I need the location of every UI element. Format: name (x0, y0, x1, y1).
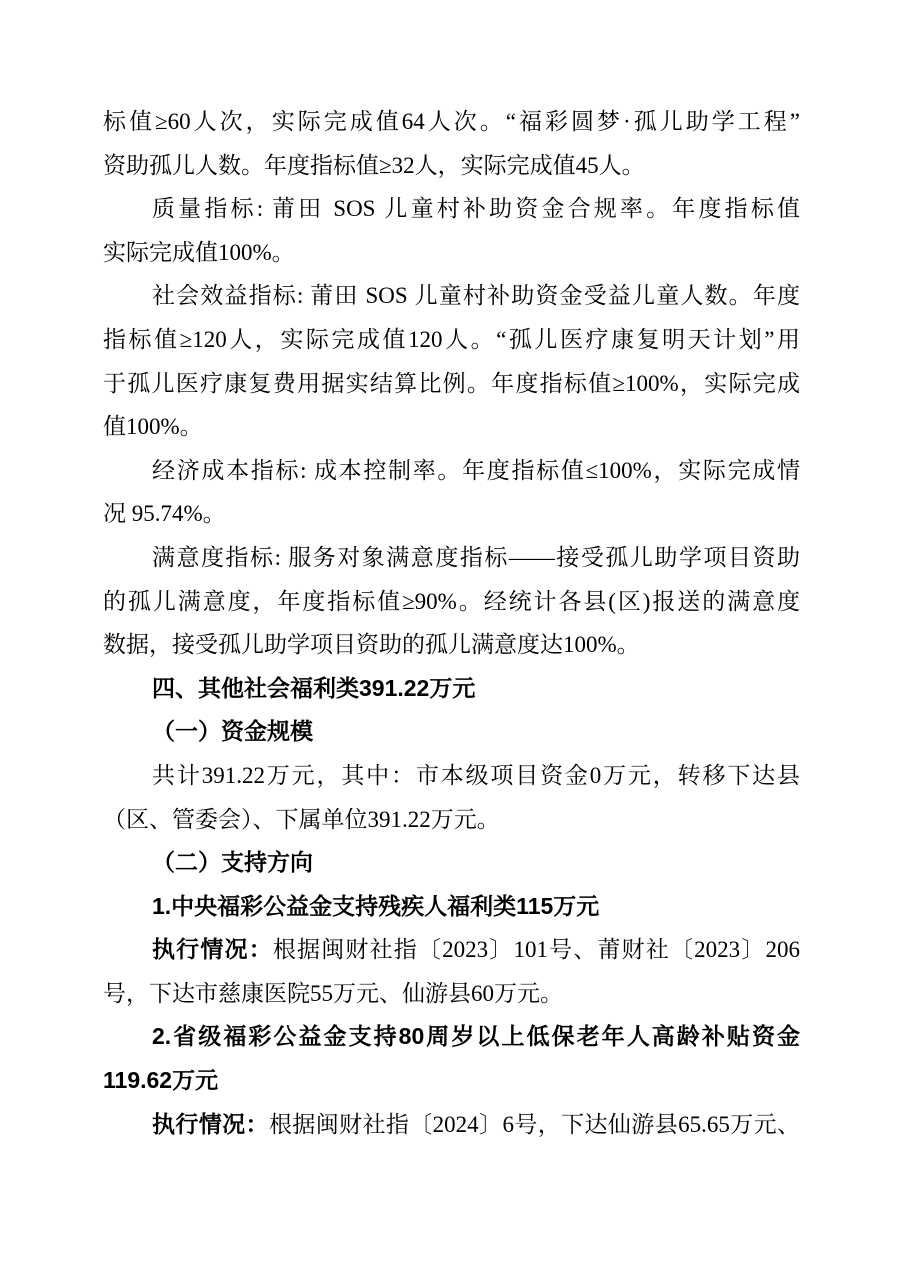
execution-status-text: 根据闽财社指〔2023〕101号、莆财社〔2023〕206 (273, 937, 800, 962)
document-content: 标值≥60人次，实际完成值64人次。“福彩圆梦·孤儿助学工程” 资助孤儿人数。年… (103, 100, 800, 1146)
body-text-line: 标值≥60人次，实际完成值64人次。“福彩圆梦·孤儿助学工程” (103, 100, 800, 144)
body-text-line: （区、管委会）、下属单位391.22万元。 (103, 798, 800, 842)
subsection-heading: （一）资金规模 (103, 710, 800, 754)
execution-status-label: 执行情况： (152, 936, 273, 962)
item-heading-line-2: 119.62万元 (103, 1059, 800, 1103)
body-text-line: 值100%。 (103, 405, 800, 449)
body-text-line: 于孤儿医疗康复费用据实结算比例。年度指标值≥100%，实际完成 (103, 362, 800, 406)
body-text-line: 况 95.74%。 (103, 492, 800, 536)
subsection-heading: （二）支持方向 (103, 841, 800, 885)
item-heading: 1.中央福彩公益金支持残疾人福利类115万元 (103, 885, 800, 929)
body-text-line: 指标值≥120人，实际完成值120人。“孤儿医疗康复明天计划”用 (103, 318, 800, 362)
body-text-line: 质量指标: 莆田 SOS 儿童村补助资金合规率。年度指标值100%， (103, 187, 800, 231)
body-text-line: 的孤儿满意度，年度指标值≥90%。经统计各县(区)报送的满意度 (103, 580, 800, 624)
body-text-line: 经济成本指标: 成本控制率。年度指标值≤100%，实际完成情 (103, 449, 800, 493)
body-text-line: 号，下达市慈康医院55万元、仙游县60万元。 (103, 972, 800, 1016)
execution-status-label: 执行情况： (152, 1111, 269, 1137)
item-heading-line-1: 2.省级福彩公益金支持80周岁以上低保老年人高龄补贴资金 (103, 1015, 800, 1059)
execution-status-text: 根据闽财社指〔2024〕6号，下达仙游县65.65万元、 (269, 1112, 800, 1137)
document-page: 标值≥60人次，实际完成值64人次。“福彩圆梦·孤儿助学工程” 资助孤儿人数。年… (0, 0, 900, 1272)
execution-status-line: 执行情况：根据闽财社指〔2024〕6号，下达仙游县65.65万元、 (103, 1103, 800, 1147)
body-text-line: 数据，接受孤儿助学项目资助的孤儿满意度达100%。 (103, 623, 800, 667)
body-text-line: 共计391.22万元，其中：市本级项目资金0万元，转移下达县 (103, 754, 800, 798)
body-text-line: 实际完成值100%。 (103, 231, 800, 275)
execution-status-line: 执行情况：根据闽财社指〔2023〕101号、莆财社〔2023〕206 (103, 928, 800, 972)
body-text-line: 资助孤儿人数。年度指标值≥32人，实际完成值45人。 (103, 144, 800, 188)
body-text-line: 社会效益指标: 莆田 SOS 儿童村补助资金受益儿童人数。年度 (103, 274, 800, 318)
section-heading: 四、其他社会福利类391.22万元 (103, 667, 800, 711)
body-text-line: 满意度指标: 服务对象满意度指标——接受孤儿助学项目资助 (103, 536, 800, 580)
